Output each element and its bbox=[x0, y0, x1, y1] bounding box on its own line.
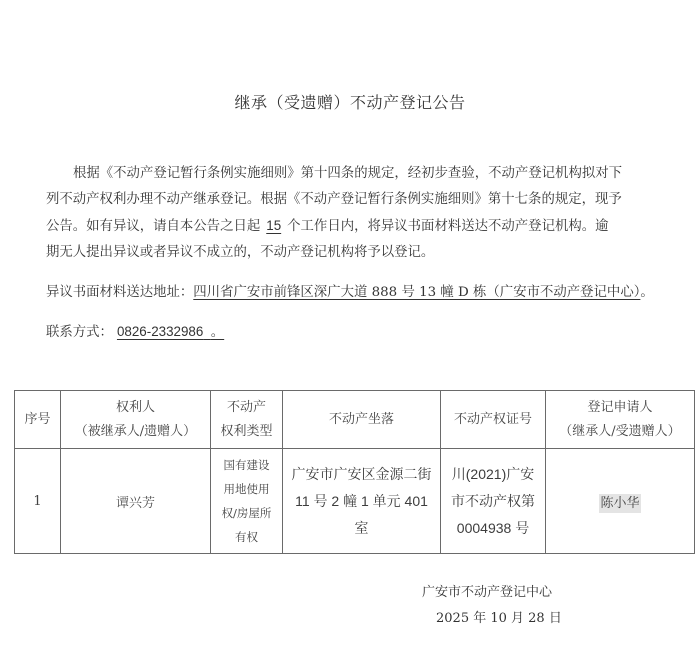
table-header-row: 序号 权利人 （被继承人/遗赠人） 不动产 权利类型 不动产坐落 不动产权证号 … bbox=[15, 391, 695, 449]
body-line-3-after: 个工作日内，将异议书面材料送达不动产登记机构。逾 bbox=[287, 219, 608, 234]
address-value: 四川省广安市前锋区深广大道 888 号 13 幢 D 栋（广安市不动产登记中心） bbox=[193, 285, 640, 300]
header-applicant: 登记申请人 （继承人/受遗赠人） bbox=[546, 391, 695, 449]
applicant-name: 陈小华 bbox=[599, 494, 640, 513]
contact-label: 联系方式： bbox=[46, 325, 113, 340]
address-end: 。 bbox=[640, 285, 653, 300]
cell-holder: 谭兴芳 bbox=[61, 449, 211, 554]
header-seq: 序号 bbox=[15, 391, 61, 449]
cell-location: 广安市广安区金源二街 11 号 2 幢 1 单元 401 室 bbox=[283, 449, 441, 554]
table-row: 1 谭兴芳 国有建设 用地使用 权/房屋所 有权 广安市广安区金源二街 11 号… bbox=[15, 449, 695, 554]
cell-seq: 1 bbox=[15, 449, 61, 554]
contact-phone: 0826-2332986 。 bbox=[113, 324, 232, 339]
header-holder: 权利人 （被继承人/遗赠人） bbox=[61, 391, 211, 449]
notice-body: 根据《不动产登记暂行条例实施细则》第十四条的规定，经初步查验，不动产登记机构拟对… bbox=[46, 161, 658, 266]
issuing-organization: 广安市不动产登记中心 bbox=[422, 581, 552, 600]
header-location: 不动产坐落 bbox=[283, 391, 441, 449]
objection-address: 异议书面材料送达地址：四川省广安市前锋区深广大道 888 号 13 幢 D 栋（… bbox=[46, 281, 654, 300]
cell-right-type: 国有建设 用地使用 权/房屋所 有权 bbox=[211, 449, 283, 554]
issue-date: 2025 年 10 月 28 日 bbox=[436, 607, 562, 626]
body-line-1: 根据《不动产登记暂行条例实施细则》第十四条的规定，经初步查验，不动产登记机构拟对… bbox=[46, 161, 658, 187]
objection-period-days: 15 bbox=[260, 218, 287, 233]
address-label: 异议书面材料送达地址： bbox=[46, 285, 193, 300]
cell-cert-number: 川(2021)广安 市不动产权第 0004938 号 bbox=[441, 449, 546, 554]
body-line-4: 期无人提出异议或者异议不成立的，不动产登记机构将予以登记。 bbox=[46, 240, 658, 266]
body-line-3-before: 公告。如有异议，请自本公告之日起 bbox=[46, 219, 260, 234]
body-line-3: 公告。如有异议，请自本公告之日起15个工作日内，将异议书面材料送达不动产登记机构… bbox=[46, 213, 658, 240]
cell-applicant: 陈小华 bbox=[546, 449, 695, 554]
contact-info: 联系方式：0826-2332986 。 bbox=[46, 321, 232, 340]
header-right-type: 不动产 权利类型 bbox=[211, 391, 283, 449]
notice-title: 继承（受遗赠）不动产登记公告 bbox=[0, 90, 700, 113]
registration-table: 序号 权利人 （被继承人/遗赠人） 不动产 权利类型 不动产坐落 不动产权证号 … bbox=[14, 390, 695, 554]
body-line-2: 列不动产权利办理不动产继承登记。根据《不动产登记暂行条例实施细则》第十七条的规定… bbox=[46, 187, 658, 213]
header-cert-number: 不动产权证号 bbox=[441, 391, 546, 449]
